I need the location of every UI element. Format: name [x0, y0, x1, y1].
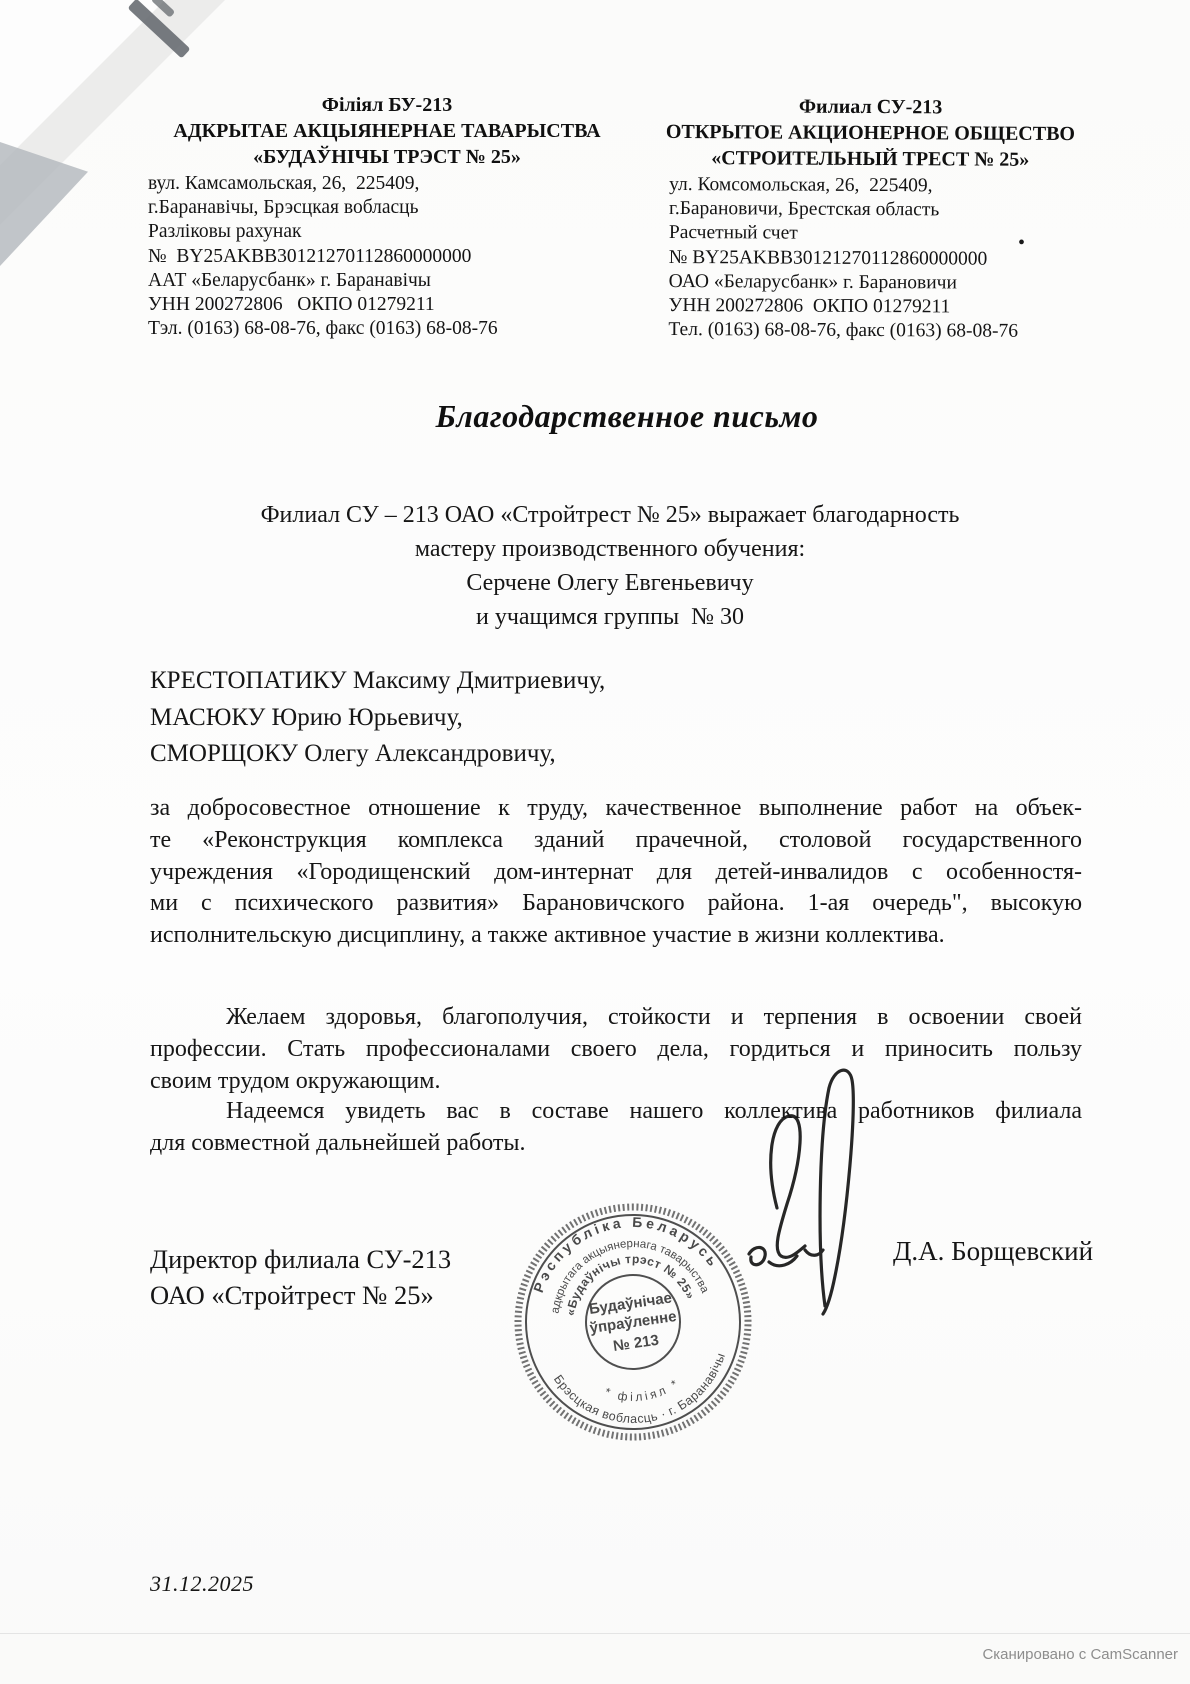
address-line: УНН 200272806 ОКПО 01279211	[148, 293, 626, 317]
scanned-letter-page: Філіял БУ-213 АДКРЫТАЕ АКЦЫЯНЕРНАЕ ТАВАР…	[0, 0, 1190, 1684]
handwritten-signature	[725, 1058, 895, 1318]
org-name-left-line2: «БУДАЎНІЧЫ ТРЭСТ № 25»	[148, 144, 626, 170]
recipients-list: КРЕСТОПАТИКУ Максиму Дмитриевичу,МАСЮКУ …	[150, 663, 950, 773]
body-line: Надеемся увидеть вас в составе нашего ко…	[150, 1096, 1082, 1128]
signature-stroke-b-loop	[771, 1116, 805, 1258]
recipient-name: МАСЮКУ Юрию Юрьевичу,	[150, 700, 950, 737]
body-line: профессии. Стать профессионалами своего …	[150, 1034, 1082, 1066]
scan-edge-line	[0, 1633, 1190, 1634]
body-line: учреждения «Городищенский дом-интернат д…	[150, 857, 1082, 889]
intro-line: Серчене Олегу Евгеньевичу	[130, 566, 1090, 600]
intro-line: и учащимся группы № 30	[130, 600, 1090, 634]
letterhead-left: Філіял БУ-213 АДКРЫТАЕ АКЦЫЯНЕРНАЕ ТАВАР…	[148, 92, 626, 341]
address-line: Тел. (0163) 68-08-76, факс (0163) 68-08-…	[651, 318, 1087, 344]
signer-name: Д.А. Борщевский	[893, 1236, 1093, 1267]
body-paragraph-2: Желаем здоровья, благополучия, стойкости…	[150, 1002, 1082, 1097]
branch-name-left: Філіял БУ-213	[148, 92, 626, 118]
ink-dot-mark: •	[1018, 232, 1025, 255]
recipient-name: СМОРЩОКУ Олегу Александровичу,	[150, 736, 950, 773]
recipient-name: КРЕСТОПАТИКУ Максиму Дмитриевичу,	[150, 663, 950, 700]
intro-line: мастеру производственного обучения:	[130, 532, 1090, 566]
address-line: Тэл. (0163) 68-08-76, факс (0163) 68-08-…	[148, 317, 626, 341]
org-name-left-line1: АДКРЫТАЕ АКЦЫЯНЕРНАЕ ТАВАРЫСТВА	[148, 118, 626, 144]
address-line: УНН 200272806 ОКПО 01279211	[651, 294, 1087, 320]
body-paragraph-3: Надеемся увидеть вас в составе нашего ко…	[150, 1096, 1082, 1160]
letterhead-right-address: ул. Комсомольская, 26, 225409,г.Баранови…	[651, 173, 1088, 345]
body-paragraph-1: за добросовестное отношение к труду, кач…	[150, 793, 1082, 952]
scanner-credit: Сканировано с CamScanner	[982, 1646, 1178, 1663]
address-line: ул. Комсомольская, 26, 225409,	[652, 173, 1088, 199]
address-line: г.Баранавічы, Брэсцкая вобласць	[148, 196, 626, 220]
intro-block: Филиал СУ – 213 ОАО «Стройтрест № 25» вы…	[130, 498, 1090, 634]
document-title: Благодарственное письмо	[0, 398, 1190, 435]
address-line: ААТ «Беларусбанк» г. Баранавічы	[148, 269, 626, 293]
org-name-right-line1: ОТКРЫТОЕ АКЦИОНЕРНОЕ ОБЩЕСТВО	[652, 119, 1088, 147]
address-line: ОАО «Беларусбанк» г. Барановичи	[652, 270, 1088, 296]
body-line: исполнительскую дисциплину, а также акти…	[150, 920, 1082, 952]
letterhead-right: Филиал СУ-213 ОТКРЫТОЕ АКЦИОНЕРНОЕ ОБЩЕС…	[651, 93, 1088, 345]
signature-stroke-tall-loop	[820, 1070, 853, 1314]
org-name-right-line2: «СТРОИТЕЛЬНЫЙ ТРЕСТ № 25»	[652, 145, 1088, 173]
body-line: за добросовестное отношение к труду, кач…	[150, 793, 1082, 825]
letterhead-left-address: вул. Камсамольская, 26, 225409,г.Баранав…	[148, 172, 626, 341]
address-line: вул. Камсамольская, 26, 225409,	[148, 172, 626, 196]
intro-line: Филиал СУ – 213 ОАО «Стройтрест № 25» вы…	[130, 498, 1090, 532]
address-line: № BY25AKBB30121270112860000000	[148, 245, 626, 269]
body-line: те «Реконструкция комплекса зданий праче…	[150, 825, 1082, 857]
fold-shadow-triangle	[0, 142, 88, 266]
body-line: ми с психического развития» Барановичско…	[150, 888, 1082, 920]
document-date: 31.12.2025	[150, 1571, 254, 1597]
stamp-center-line3: № 213	[612, 1332, 660, 1355]
body-line: для совместной дальнейшей работы.	[150, 1128, 1082, 1160]
body-line: Желаем здоровья, благополучия, стойкости…	[150, 1002, 1082, 1034]
branch-name-right: Филиал СУ-213	[653, 93, 1089, 121]
address-line: г.Барановичи, Брестская область	[652, 197, 1088, 223]
address-line: Разліковы рахунак	[148, 220, 626, 244]
body-line: своим трудом окружающим.	[150, 1066, 1082, 1098]
